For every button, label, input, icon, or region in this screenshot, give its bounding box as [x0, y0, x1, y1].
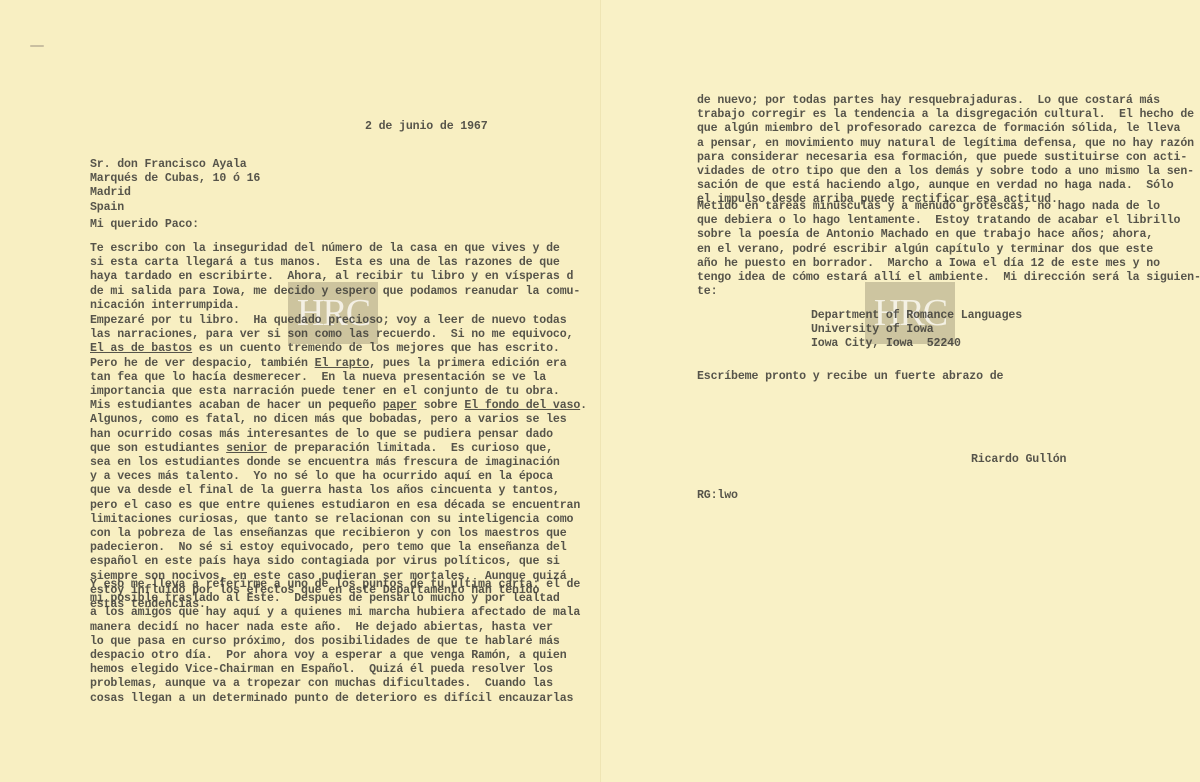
text-line: Algunos, como es fatal, no dicen más que…	[90, 413, 587, 427]
text-line: nicación interrumpida.	[90, 299, 580, 313]
text-line: haya tardado en escribirte. Ahora, al re…	[90, 270, 580, 284]
text-line: mi posible traslado al Este. Después de …	[90, 592, 580, 606]
text-line: limitaciones curiosas, que tanto se rela…	[90, 513, 587, 527]
text-line: Mis estudiantes acaban de hacer un peque…	[90, 399, 587, 413]
text-line: sobre la poesía de Antonio Machado en qu…	[697, 228, 1200, 242]
text-line: problemas, aunque va a tropezar con much…	[90, 677, 580, 691]
text-line: a los amigos que hay aquí y a quienes mi…	[90, 606, 580, 620]
text-line: Iowa City, Iowa 52240	[811, 337, 1022, 351]
text-line: hemos elegido Vice-Chairman en Español. …	[90, 663, 580, 677]
text-line: han ocurrido cosas más interesantes de l…	[90, 428, 587, 442]
text-line: te:	[697, 285, 1200, 299]
text-line: importancia que esta narración puede ten…	[90, 385, 587, 399]
text-line: a pensar, en movimiento muy natural de l…	[697, 137, 1194, 151]
text-line: Madrid	[90, 186, 260, 200]
text-line: que debiera o lo hago lentamente. Estoy …	[697, 214, 1200, 228]
text-line: padecieron. No sé si estoy equivocado, p…	[90, 541, 587, 555]
letter-date: 2 de junio de 1967	[365, 120, 488, 134]
text-line: Pero he de ver despacio, también El rapt…	[90, 357, 587, 371]
text-line: con la pobreza de las enseñanzas que rec…	[90, 527, 587, 541]
text-line: despacio otro día. Por ahora voy a esper…	[90, 649, 580, 663]
signature: Ricardo Gullón	[971, 453, 1066, 467]
paragraph-3: Y eso me lleva a referirme a uno de los …	[90, 578, 580, 706]
text-line: Spain	[90, 201, 260, 215]
text-line: cosas llegan a un determinado punto de d…	[90, 692, 580, 706]
letter-page-2: HRC de nuevo; por todas partes hay resqu…	[600, 0, 1200, 782]
text-line: español en este país haya sido contagiad…	[90, 555, 587, 569]
text-line: manera decidí no hacer nada este año. He…	[90, 621, 580, 635]
text-line: Metido en tareas minúsculas y a menudo g…	[697, 200, 1200, 214]
text-line: de nuevo; por todas partes hay resquebra…	[697, 94, 1194, 108]
text-line: Y eso me lleva a referirme a uno de los …	[90, 578, 580, 592]
text-line: tan fea que lo hacía desmerecer. En la n…	[90, 371, 587, 385]
sender-address: Department of Romance LanguagesUniversit…	[811, 309, 1022, 352]
recipient-address: Sr. don Francisco AyalaMarqués de Cubas,…	[90, 158, 260, 215]
paragraph-1: Te escribo con la inseguridad del número…	[90, 242, 580, 313]
text-line: Sr. don Francisco Ayala	[90, 158, 260, 172]
letter-page-1: HRC 2 de junio de 1967 Sr. don Francisco…	[0, 0, 600, 782]
text-line: El as de bastos es un cuento tremendo de…	[90, 342, 587, 356]
text-line: Te escribo con la inseguridad del número…	[90, 242, 580, 256]
text-line: para considerar necesaria esa formación,…	[697, 151, 1194, 165]
typist-initials: RG:lwo	[697, 489, 738, 503]
text-line: que son estudiantes senior de preparació…	[90, 442, 587, 456]
text-line: Empezaré por tu libro. Ha quedado precio…	[90, 314, 587, 328]
paragraph-4: de nuevo; por todas partes hay resquebra…	[697, 94, 1194, 208]
text-line: trabajo corregir es la tendencia a la di…	[697, 108, 1194, 122]
paragraph-5: Metido en tareas minúsculas y a menudo g…	[697, 200, 1200, 299]
text-line: Marqués de Cubas, 10 ó 16	[90, 172, 260, 186]
text-line: pero el caso es que entre quienes estudi…	[90, 499, 587, 513]
text-line: sea en los estudiantes donde se encuentr…	[90, 456, 587, 470]
paragraph-2: Empezaré por tu libro. Ha quedado precio…	[90, 314, 587, 612]
text-line: sación de que está haciendo algo, aunque…	[697, 179, 1194, 193]
closing: Escríbeme pronto y recibe un fuerte abra…	[697, 370, 1003, 384]
text-line: University of Iowa	[811, 323, 1022, 337]
text-line: en el verano, podré escribir algún capít…	[697, 243, 1200, 257]
text-line: vidades de otro tipo que den a los demás…	[697, 165, 1194, 179]
text-line: que algún miembro del profesorado carezc…	[697, 122, 1194, 136]
text-line: año he puesto en borrador. Marcho a Iowa…	[697, 257, 1200, 271]
text-line: tengo idea de cómo estará allí el ambien…	[697, 271, 1200, 285]
text-line: si esta carta llegará a tus manos. Esta …	[90, 256, 580, 270]
paper-mark	[30, 45, 44, 47]
text-line: de mi salida para Iowa, me decido y espe…	[90, 285, 580, 299]
text-line: Department of Romance Languages	[811, 309, 1022, 323]
text-line: y a veces más talento. Yo no sé lo que h…	[90, 470, 587, 484]
text-line: lo que pasa en curso próximo, dos posibi…	[90, 635, 580, 649]
text-line: las narraciones, para ver si son como la…	[90, 328, 587, 342]
text-line: que va desde el final de la guerra hasta…	[90, 484, 587, 498]
salutation: Mi querido Paco:	[90, 218, 199, 232]
